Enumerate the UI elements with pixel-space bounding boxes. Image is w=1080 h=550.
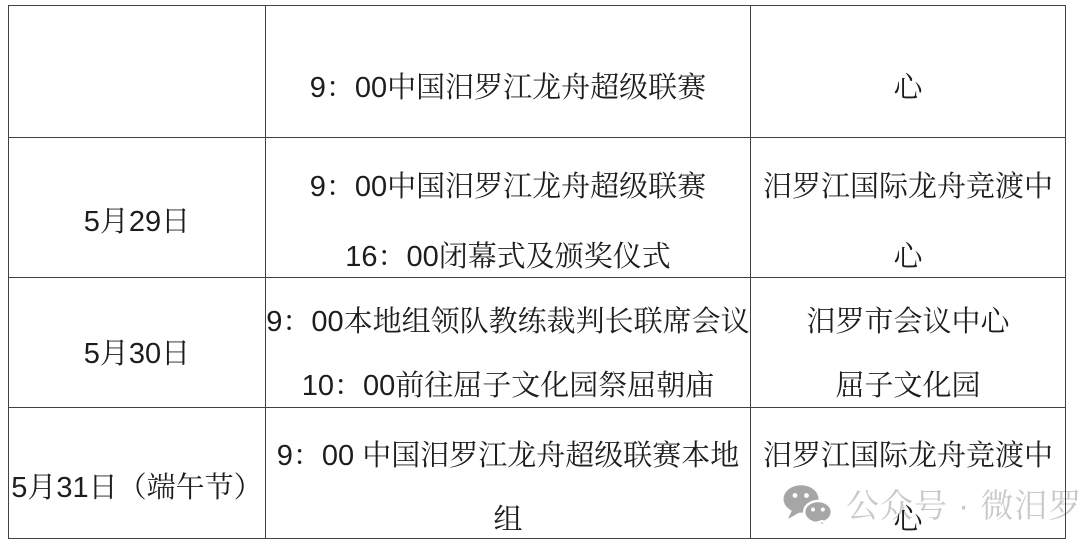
venue-line: 心 [751, 53, 1065, 123]
date-cell-row3: 5月30日 [9, 278, 266, 408]
event-line: 9：00中国汨罗江龙舟超级联赛 [266, 53, 750, 123]
event-cell-row4: 9：00 中国汨罗江龙舟超级联赛本地 组 [266, 408, 751, 538]
venue-cell-row4: 汨罗江国际龙舟竞渡中 心 [751, 408, 1065, 538]
venue-line: 屈子文化园 [751, 354, 1065, 408]
date-text: 5月31日（端午节） [9, 456, 265, 520]
date-text: 5月29日 [9, 187, 265, 257]
event-line: 9：00中国汨罗江龙舟超级联赛 [266, 152, 750, 222]
event-line: 组 [266, 488, 750, 538]
date-cell-row2: 5月29日 [9, 138, 266, 278]
event-line: 16：00闭幕式及颁奖仪式 [266, 222, 750, 278]
venue-line: 心 [751, 488, 1065, 538]
event-cell-row1: 9：00中国汨罗江龙舟超级联赛 [266, 6, 751, 138]
venue-cell-row3: 汨罗市会议中心 屈子文化园 [751, 278, 1065, 408]
date-cell-row1 [9, 6, 266, 138]
venue-line: 心 [751, 222, 1065, 278]
event-cell-row2: 9：00中国汨罗江龙舟超级联赛 16：00闭幕式及颁奖仪式 [266, 138, 751, 278]
event-cell-row3: 9：00本地组领队教练裁判长联席会议 10：00前往屈子文化园祭屈朝庙 [266, 278, 751, 408]
venue-line: 汨罗市会议中心 [751, 290, 1065, 354]
venue-cell-row1: 心 [751, 6, 1065, 138]
venue-line: 汨罗江国际龙舟竞渡中 [751, 424, 1065, 488]
date-text: 5月30日 [9, 322, 265, 386]
event-line: 9：00 中国汨罗江龙舟超级联赛本地 [266, 424, 750, 488]
date-cell-row4: 5月31日（端午节） [9, 408, 266, 538]
event-line: 10：00前往屈子文化园祭屈朝庙 [266, 354, 750, 408]
venue-cell-row2: 汨罗江国际龙舟竞渡中 心 [751, 138, 1065, 278]
event-schedule-table: 9：00中国汨罗江龙舟超级联赛 心 5月29日 9：00中国汨罗江龙舟超级联赛 … [8, 5, 1066, 539]
event-line: 9：00本地组领队教练裁判长联席会议 [266, 290, 750, 354]
venue-line: 汨罗江国际龙舟竞渡中 [751, 152, 1065, 222]
